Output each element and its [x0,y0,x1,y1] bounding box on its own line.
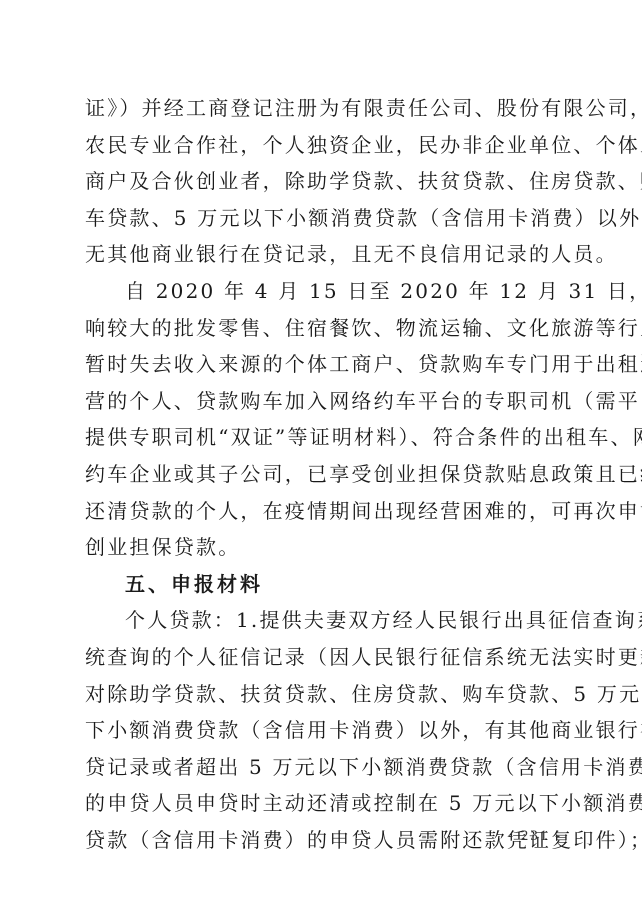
paragraph-pandemic-policy: 自 2020 年 4 月 15 日至 2020 年 12 月 31 日，受疫情影… [85,273,565,566]
text-line: 营的个人、贷款购车加入网络约车平台的专职司机（需平台 [85,383,565,420]
text-line: 无其他商业银行在贷记录，且无不良信用记录的人员。 [85,236,565,273]
text-line: 的申贷人员申贷时主动还清或控制在 5 万元以下小额消费 [85,785,565,822]
text-line: 自 2020 年 4 月 15 日至 2020 年 12 月 31 日，受疫情影 [85,273,565,310]
text-line: 个人贷款：1.提供夫妻双方经人民银行出具征信查询系 [85,602,565,639]
section-heading: 五、申报材料 [85,566,565,603]
text-line: 车贷款、5 万元以下小额消费贷款（含信用卡消费）以外， [85,200,565,237]
text-line: 农民专业合作社，个人独资企业，民办非企业单位、个体工 [85,127,565,164]
text-line: 创业担保贷款。 [85,529,565,566]
text-line: 对除助学贷款、扶贫贷款、住房贷款、购车贷款、5 万元以 [85,676,565,713]
paragraph-application-materials: 个人贷款：1.提供夫妻双方经人民银行出具征信查询系 统查询的个人征信记录（因人民… [85,602,565,858]
text-line: 提供专职司机“双证”等证明材料）、符合条件的出租车、网 [85,419,565,456]
text-line: 还清贷款的个人，在疫情期间出现经营困难的，可再次申请 [85,493,565,530]
text-line: 贷款（含信用卡消费）的申贷人员需附还款凭证复印件）；2. [85,822,565,859]
paragraph-eligibility-continuation: 证》）并经工商登记注册为有限责任公司、股份有限公司， 农民专业合作社，个人独资企… [85,90,565,273]
text-line: 响较大的批发零售、住宿餐饮、物流运输、文化旅游等行业 [85,310,565,347]
text-line: 统查询的个人征信记录（因人民银行征信系统无法实时更新， [85,639,565,676]
document-page: 证》）并经工商登记注册为有限责任公司、股份有限公司， 农民专业合作社，个人独资企… [85,90,565,858]
text-line: 下小额消费贷款（含信用卡消费）以外，有其他商业银行在 [85,712,565,749]
text-line: 商户及合伙创业者，除助学贷款、扶贫贷款、住房贷款、购 [85,163,565,200]
text-line: 暂时失去收入来源的个体工商户、贷款购车专门用于出租运 [85,346,565,383]
page-number: - 231 - [508,828,562,845]
text-line: 贷记录或者超出 5 万元以下小额消费贷款（含信用卡消费） [85,749,565,786]
text-line: 约车企业或其子公司，已享受创业担保贷款贴息政策且已经 [85,456,565,493]
text-line: 证》）并经工商登记注册为有限责任公司、股份有限公司， [85,90,565,127]
